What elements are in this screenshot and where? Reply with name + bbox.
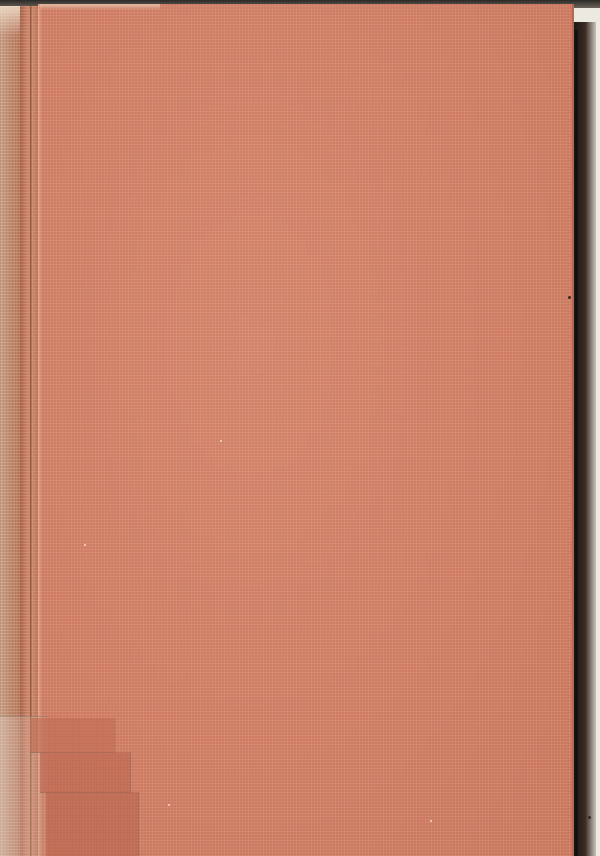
cloth-speck [430,820,432,822]
cover-top-wear [40,4,160,10]
cloth-speck [168,804,170,806]
spine-wear [0,6,22,36]
label-residue [40,752,131,793]
cloth-speck [220,440,222,442]
label-residue [46,792,139,856]
front-cover [38,4,574,856]
cover-mark [568,296,571,299]
label-residue [30,718,116,753]
cover-mark [588,816,591,819]
cloth-speck [84,544,86,546]
